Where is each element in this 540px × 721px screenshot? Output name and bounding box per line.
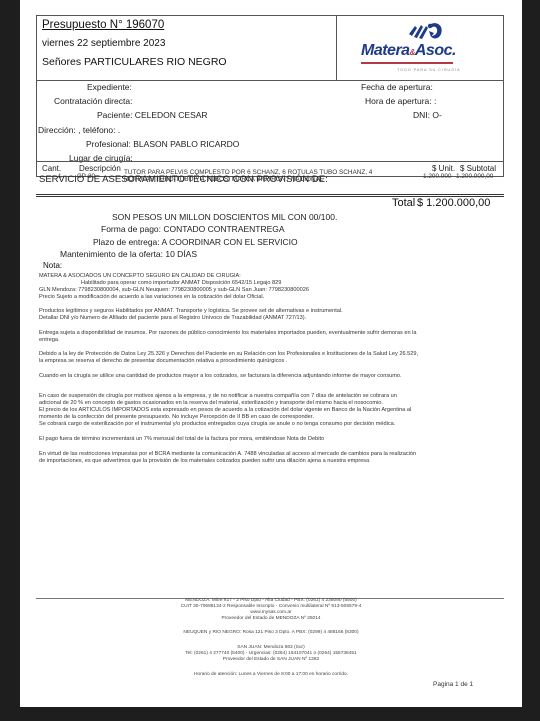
item-cant: 1 [58, 173, 62, 181]
patient-info-box: Expediente: Contratación directa: Pacien… [36, 80, 504, 162]
footer-horario: Horario de atención: Lunes a Viernes de … [20, 672, 522, 678]
note-datos-2: la empresa se reserva el derecho de pres… [39, 358, 287, 365]
opening-date: Fecha de apertura: [361, 82, 433, 92]
item-subtotal: 1.200.000,00 [456, 173, 493, 181]
note-bcra-2: de importaciones, es que advertimos que … [39, 458, 369, 465]
col-descripcion: Descripción [79, 164, 121, 173]
company-logo: Matera&Asoc. TODO PARA SU CIRUGIA [359, 20, 479, 76]
footer-sanjuan-3: Proveedor del Estado de SAN JUAN Nº 1382 [20, 657, 522, 663]
quote-title: Presupuesto N° 196070 [42, 19, 164, 31]
note-gln: GLN Mendoza: 7798230800004, sub-GLN Neuq… [39, 287, 309, 294]
note-cantidad: Cuando en la cirugía se utilice una cant… [39, 373, 402, 380]
offer-validity: Mantenimiento de la oferta: 10 DÍAS [60, 249, 197, 259]
logo-mark-icon [407, 20, 445, 42]
header-box: Presupuesto N° 196070 viernes 22 septiem… [36, 15, 504, 81]
note-importados-3: Se cobrará cargo de esterilización por e… [39, 421, 395, 428]
note-productos-1: Productos legítimos y seguros Habilitado… [39, 308, 343, 315]
opening-time: Hora de apertura: : [365, 96, 436, 106]
item-unit-price: 1.200.000 [423, 173, 451, 181]
note-label: Nota: [43, 261, 62, 270]
note-concept-title: MATERA & ASOCIADOS UN CONCEPTO SEGURO EN… [39, 273, 241, 280]
total-value: $ 1.200.000,00 [417, 197, 490, 209]
patient-dni: DNI: O- [413, 110, 442, 120]
note-entrega-2: entrega. [39, 337, 60, 344]
item-code: CP-30 [77, 173, 95, 181]
item-desc-line2: ROTULAS TUBO-TUBO Y 4 TUBOS, MARCA BIOTR… [124, 176, 323, 184]
expediente-label: Expediente: [87, 82, 132, 92]
document-page: Presupuesto N° 196070 viernes 22 septiem… [20, 0, 522, 707]
contratacion-label: Contratación directa: [54, 96, 132, 106]
address-phone: Dirección: , teléfono: . [38, 125, 120, 135]
logo-tagline: TODO PARA SU CIRUGIA [397, 67, 460, 72]
note-datos-1: Debido a la ley de Protección de Datos L… [39, 351, 418, 358]
col-subtotal: $ Subtotal [460, 164, 496, 173]
note-precio: Precio Sujeto a modificación de acuerdo … [39, 294, 264, 301]
page-number: Pagina 1 de 1 [433, 681, 473, 688]
header-left: Presupuesto N° 196070 viernes 22 septiem… [37, 16, 337, 80]
footer-mendoza-3: Proveedor del Estado de MENDOZA Nº 25014 [20, 616, 522, 622]
client-name: Señores PARTICULARES RIO NEGRO [42, 56, 227, 68]
note-importados-2: momento de la confección del presente pr… [39, 414, 314, 421]
note-pago: El pago fuera de término incrementará un… [39, 436, 324, 443]
note-suspension-1: En caso de suspensión de cirugía por mot… [39, 393, 397, 400]
total-divider-top [36, 194, 504, 195]
note-importados-1: El precio de los ARTICULOS IMPORTADOS es… [39, 407, 411, 414]
patient-name: Paciente: CELEDON CESAR [97, 110, 208, 120]
logo-wordmark: Matera&Asoc. [361, 42, 456, 60]
total-label: Total [392, 197, 415, 209]
payment-method: Forma de pago: CONTADO CONTRAENTREGA [101, 224, 285, 234]
delivery-term: Plazo de entrega: A COORDINAR CON EL SER… [93, 237, 298, 247]
note-suspension-2: adicional de 20 % en concepto de gastos … [39, 400, 383, 407]
note-entrega-1: Entrega sujeta a disponibilidad de insum… [39, 330, 416, 337]
col-unit: $ Unit. [432, 164, 455, 173]
amount-in-words: SON PESOS UN MILLON DOSCIENTOS MIL CON 0… [112, 212, 337, 222]
footer-neuquen: NEUQUEN y RIO NEGRO: Rosa 121 Piso 3 Dpt… [20, 630, 522, 636]
note-bcra-1: En virtud de las restricciones impuestas… [39, 451, 416, 458]
col-cant: Cant. [42, 164, 61, 173]
note-productos-2: Detallar DNI y/o Numero de Afiliado del … [39, 315, 306, 322]
note-habilitado: Habilitado para operar como importador A… [81, 280, 281, 287]
quote-date: viernes 22 septiembre 2023 [42, 38, 165, 49]
logo-underline [361, 62, 453, 64]
professional-name: Profesional: BLASON PABLO RICARDO [86, 139, 239, 149]
